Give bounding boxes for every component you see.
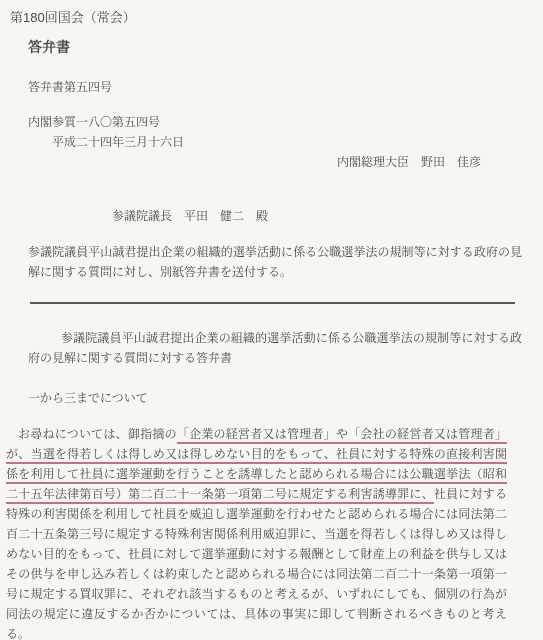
section-heading: 一から三までについて <box>28 388 543 408</box>
body-rest-text: 社員に対する特殊の利害関係を利用して社員を威迫し選挙運動を行わせたと認められる場… <box>6 487 507 640</box>
document-date: 平成二十四年三月十六日 <box>52 132 543 152</box>
body-lead-text: お尋ねについては、御指摘の <box>18 427 177 441</box>
answer-title-paragraph: 参議院議員平山誠君提出企業の組織的選挙活動に係る公職選挙法の規制等に対する政府の… <box>28 328 522 368</box>
answer-document-page: 第180回国会（常会） 答弁書 答弁書第五四号 内閣参質一八〇第五四号 平成二十… <box>0 8 543 640</box>
document-title: 答弁書 <box>28 37 543 57</box>
cover-transmittal-paragraph: 参議院議員平山誠君提出企業の組織的選挙活動に係る公職選挙法の規制等に対する政府の… <box>28 242 522 282</box>
horizontal-divider <box>30 302 515 304</box>
addressee-line: 参議院議長 平田 健二 殿 <box>112 206 543 226</box>
answer-body-paragraph: お尋ねについては、御指摘の「企業の経営者又は管理者」や「会社の経営者又は管理者」… <box>6 424 507 640</box>
answer-document-number: 答弁書第五四号 <box>28 77 543 97</box>
cabinet-reference-number: 内閣参質一八〇第五四号 <box>28 112 543 132</box>
prime-minister-signature: 内閣総理大臣 野田 佳彦 <box>0 152 481 172</box>
diet-session-label: 第180回国会（常会） <box>10 8 543 28</box>
